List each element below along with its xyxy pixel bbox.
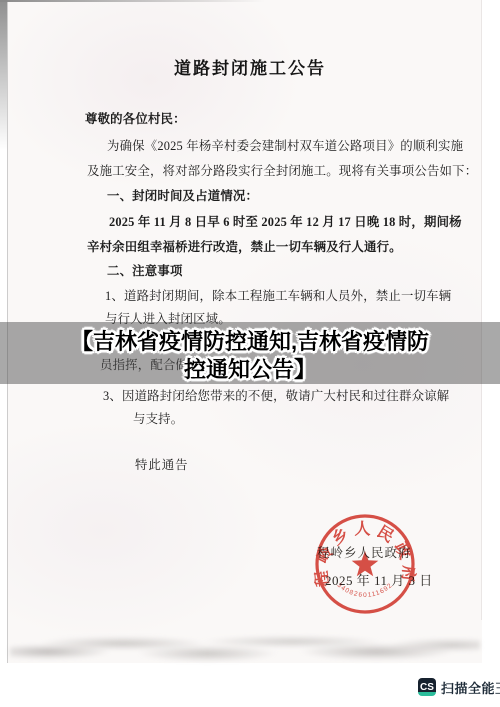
item3-line2: 与支持。 [133,409,183,427]
section1-line1: 2025 年 11 月 8 日早 6 时至 2025 年 12 月 17 日晚 … [109,212,462,230]
item1-line1: 1、道路封闭期间，除本工程施工车辆和人员外，禁止一切车辆 [105,286,451,304]
paragraph1-line2: 及施工安全，将对部分路段实行全封闭施工。现将有关事项公告如下： [87,161,477,179]
overlay-headline-line2: 控通知公告】 [0,353,500,384]
salutation: 尊敬的各位村民： [85,109,186,127]
paragraph1-line1: 为确保《2025 年杨辛村委会建制村双车道公路项目》的顺利实施 [107,136,463,154]
page-right-edge [481,0,482,620]
closing-line: 特此通告 [135,455,189,473]
camscanner-app-name: 扫描全能王 [441,678,500,697]
section2-heading: 二、注意事项 [107,261,183,279]
scan-shadow-top [0,0,265,2]
section1-heading: 一、封闭时间及占道情况： [107,186,258,204]
seal-code: 3408260111692 [336,582,395,599]
item3-line1: 3、因道路封闭给您带来的不便，敬请广大村民和过往群众谅解 [103,386,449,404]
camscanner-logo-icon: CS [418,678,436,696]
section1-line2: 辛村余田组幸福桥进行改造，禁止一切车辆及行人通行。 [87,237,402,255]
scan-shadow-top-left [0,0,7,150]
scanner-watermark: CS 扫描全能王 [418,678,500,696]
scanned-notice-screenshot: 道路封闭施工公告 尊敬的各位村民： 为确保《2025 年杨辛村委会建制村双车道公… [0,0,500,707]
seal-star [352,551,379,576]
document-title: 道路封闭施工公告 [40,54,460,79]
overlay-headline-line1: 【吉林省疫情防控通知,吉林省疫情防 [0,325,500,356]
official-seal: 程岭乡人民政府 3408260111692 [295,494,435,634]
